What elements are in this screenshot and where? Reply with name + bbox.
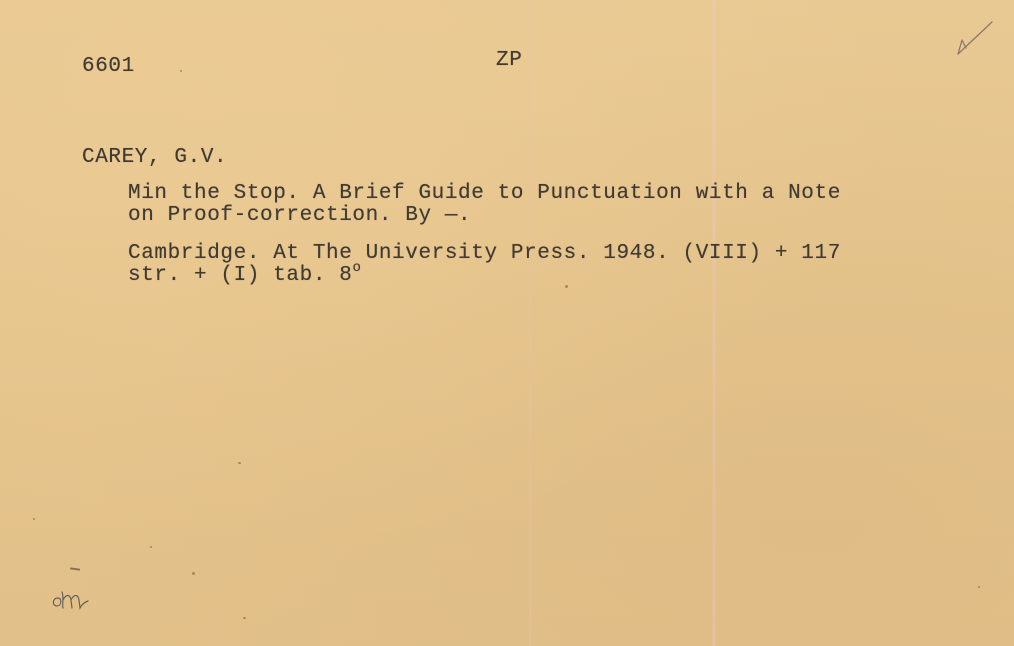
call-number: 6601	[82, 56, 135, 77]
paper-speck	[565, 285, 568, 288]
collation-text: str. + (I) tab. 8	[128, 264, 352, 287]
pencil-dash	[70, 567, 80, 570]
handwritten-note: on	[50, 586, 94, 610]
title-line: Min the Stop. A Brief Guide to Punctuati…	[128, 183, 841, 204]
imprint-line: str. + (I) tab. 8o	[128, 265, 361, 288]
paper-speck	[978, 586, 980, 588]
checkmark-icon	[952, 18, 996, 58]
paper-speck	[243, 617, 246, 619]
author-heading: CAREY, G.V.	[82, 147, 227, 168]
title-line: on Proof-correction. By —.	[128, 205, 471, 226]
imprint-line: Cambridge. At The University Press. 1948…	[128, 243, 841, 264]
format-degree: o	[352, 260, 361, 276]
location-code: ZP	[496, 50, 522, 71]
paper-speck	[150, 546, 152, 548]
paper-speck	[192, 572, 195, 575]
paper-speck	[238, 462, 241, 464]
paper-speck	[180, 70, 182, 72]
catalog-card: 6601 ZP CAREY, G.V. Min the Stop. A Brie…	[0, 0, 1014, 646]
paper-speck	[33, 518, 35, 520]
